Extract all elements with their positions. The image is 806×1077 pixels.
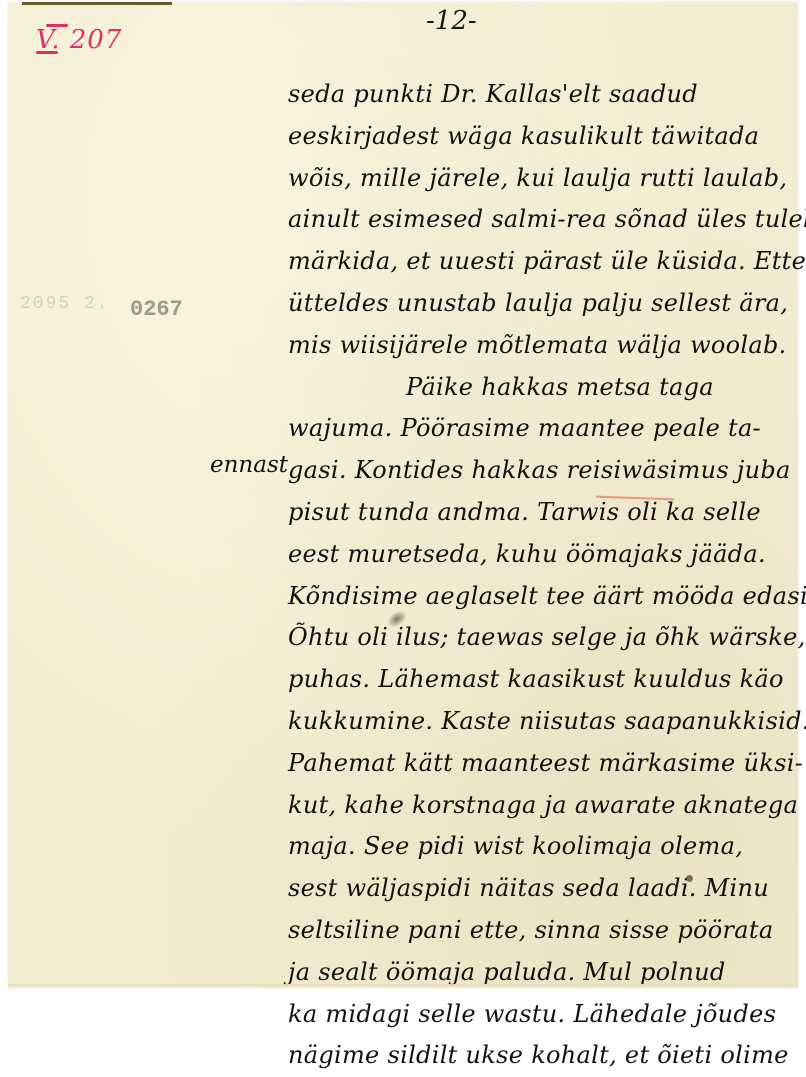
text-line: Õhtu oli ilus; taewas selge ja õhk wärsk… <box>288 617 806 659</box>
text-line: seltsiline pani ette, sinna sisse pöörat… <box>288 910 806 952</box>
archive-mark: V. 207 <box>36 24 122 54</box>
text-line: ainult esimesed salmi-rea sõnad üles tul… <box>288 199 806 241</box>
text-line: märkida, et uuesti pärast üle küsida. Et… <box>288 241 806 283</box>
text-line: maja. See pidi wist koolimaja olema, <box>288 826 806 868</box>
text-line: Kõndisime aeglaselt tee äärt mööda edasi… <box>288 576 806 618</box>
text-line: seda punkti Dr. Kallas'elt saadud <box>288 74 806 116</box>
text-line: mis wiisijärele mõtlemata wälja woolab. <box>288 325 806 367</box>
text-line: gasi. Kontides hakkas reisiwäsimus juba <box>288 450 806 492</box>
text-line: pisut tunda andma. Tarwis oli ka selle <box>288 492 806 534</box>
binding-strip <box>22 2 172 5</box>
text-line: eeskirjadest wäga kasulikult täwitada <box>288 116 806 158</box>
text-line: puhas. Lähemast kaasikust kuuldus käo <box>288 659 806 701</box>
text-line: kut, kahe korstnaga ja awarate aknatega <box>288 785 806 827</box>
paper-stain <box>686 875 693 882</box>
text-line: Pahemat kätt maanteest märkasime üksi- <box>288 743 806 785</box>
margin-note: ennast <box>210 452 288 478</box>
text-line: ka midagi selle wastu. Lähedale jõudes <box>288 994 806 1000</box>
text-line: ütteldes unustab laulja palju sellest är… <box>288 283 806 325</box>
handwritten-body: seda punkti Dr. Kallas'elt saadud eeskir… <box>288 74 806 1000</box>
text-line: eest muretseda, kuhu öömajaks jääda. <box>288 534 806 576</box>
text-line: wõis, mille järele, kui laulja rutti lau… <box>288 158 806 200</box>
text-line: wajuma. Pöörasime maantee peale ta- <box>288 408 806 450</box>
text-line: sest wäljaspidi näitas seda laadi. Minu <box>288 868 806 910</box>
torn-bottom-edge <box>8 984 798 990</box>
stamp-number: 0267 <box>130 297 183 322</box>
text-line: kukkumine. Kaste niisutas saapanukkisid. <box>288 701 806 743</box>
page-number: -12- <box>426 6 477 36</box>
faded-stamp: 2095 2. <box>20 294 110 314</box>
paragraph-start-line: Päike hakkas metsa taga <box>288 367 806 409</box>
archive-mark-text: V. 207 <box>36 25 122 55</box>
manuscript-page: V. 207 -12- 2095 2. 0267 ennast seda pun… <box>8 2 798 987</box>
